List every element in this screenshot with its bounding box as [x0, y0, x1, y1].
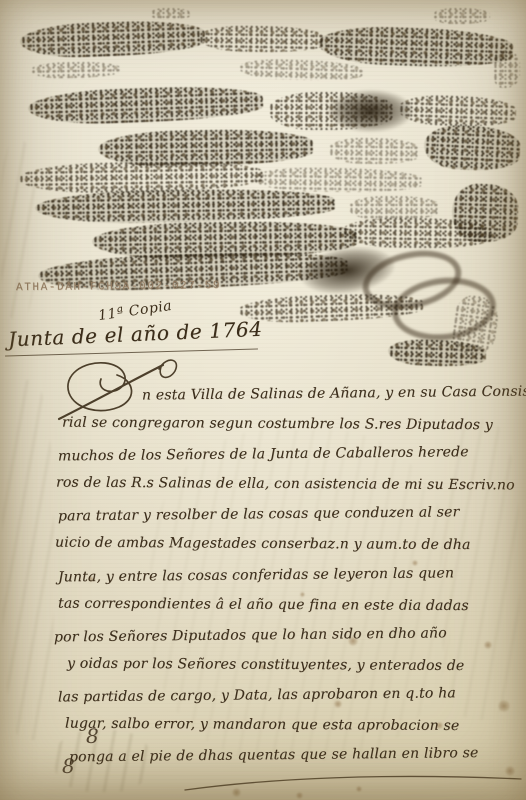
flourish-mark: 8 [62, 754, 75, 778]
page-heading: Junta de el año de 1764 [8, 317, 263, 352]
closing-rule [183, 770, 525, 794]
manuscript-line: y oidas por los Señores constituyentes, … [67, 655, 524, 688]
flourish-mark: 8 [86, 724, 99, 748]
manuscript-line: uicio de ambas Magestades conserbaz.n y … [55, 535, 524, 568]
manuscript-line: para tratar y resolber de las cosas que … [58, 504, 524, 539]
manuscript-line: rial se congregaron segun costumbre los … [62, 415, 524, 448]
ink-bleed-smudge [27, 84, 263, 126]
ink-bleed-smudge [342, 217, 493, 250]
ink-bleed-smudge [19, 19, 205, 59]
ink-bleed-smudge [328, 137, 420, 165]
manuscript-line: ros de las R.s Salinas de ella, con asis… [56, 475, 524, 508]
manuscript-body: n esta Villa de Salinas de Añana, y en s… [58, 386, 524, 777]
ink-bleed-smudge [35, 187, 336, 224]
manuscript-line: n esta Villa de Salinas de Añana, y en s… [58, 384, 524, 419]
ink-bleed-smudge [432, 8, 490, 24]
manuscript-line: muchos de los Señores de la Junta de Cab… [58, 444, 524, 479]
ink-bleed-smudge [198, 25, 326, 53]
ink-bleed-smudge [30, 61, 120, 79]
ink-bleed-smudge [348, 196, 440, 220]
manuscript-page: ATHA-DAH-FCHSA-002-027-59 11ª Copia Junt… [0, 0, 526, 800]
ink-bleed-smudge [238, 58, 364, 82]
manuscript-line: lugar, salbo error, y mandaron que esta … [65, 716, 524, 749]
ink-bleed-smudge [492, 50, 520, 88]
manuscript-line: tas correspondientes â el año que fina e… [58, 595, 524, 628]
manuscript-line: por los Señores Diputados que lo han sid… [54, 624, 524, 659]
manuscript-line: Junta, y entre las cosas conferidas se l… [58, 564, 524, 599]
ink-bleed-smudge [252, 167, 422, 194]
ink-bleed-smudge [317, 25, 513, 70]
archive-reference-stamp: ATHA-DAH-FCHSA-002-027-59 [16, 280, 236, 294]
manuscript-line: las partidas de cargo, y Data, las aprob… [58, 684, 524, 719]
ghost-writing [2, 380, 54, 740]
ink-bleed-smudge [398, 94, 517, 128]
ink-bleed-smudge [423, 124, 521, 173]
ink-bleed-smudge [150, 8, 190, 20]
